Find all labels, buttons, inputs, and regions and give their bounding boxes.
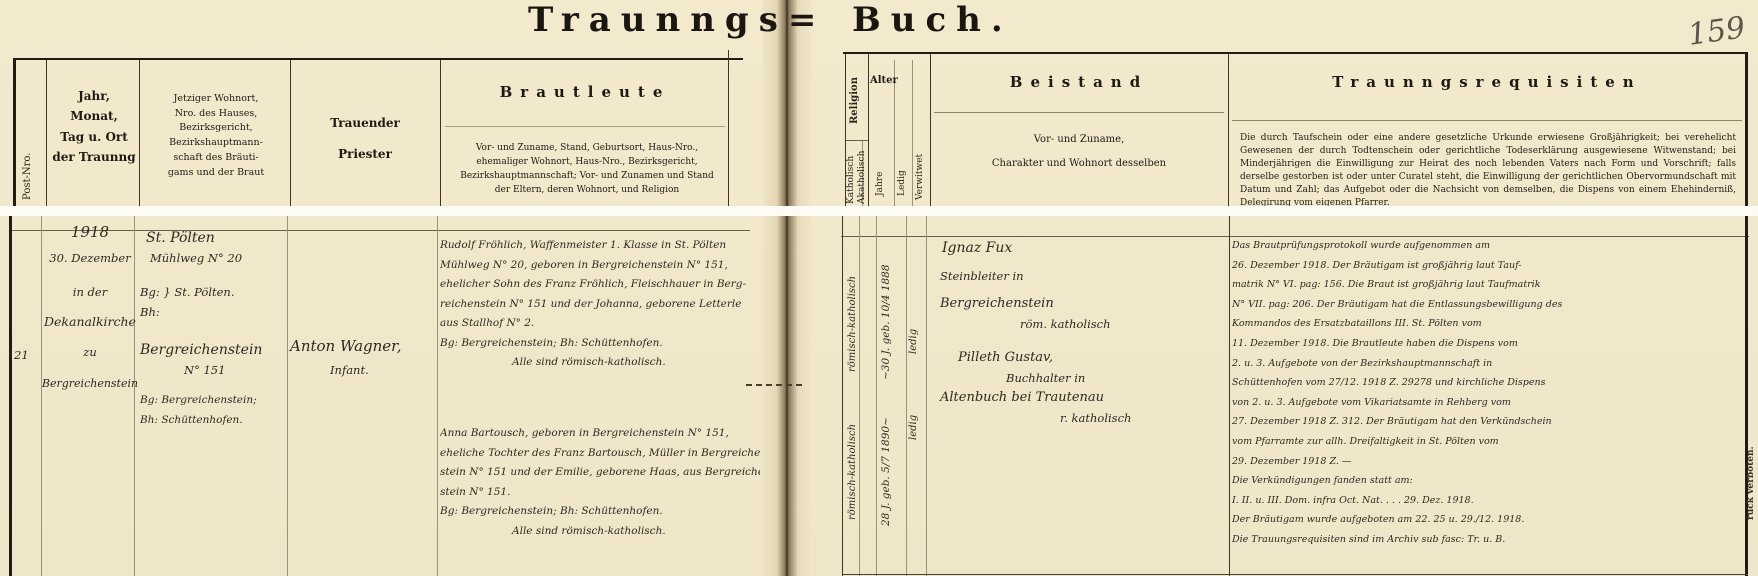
right-header-top-rule — [843, 52, 1748, 54]
col-divider — [290, 60, 291, 206]
right-outer-border — [1745, 52, 1748, 206]
groom-line: aus Stallhof N° 2. — [440, 314, 760, 334]
groom-line: ehelicher Sohn des Franz Fröhlich, Fleis… — [440, 275, 760, 295]
entry-line: in der — [40, 282, 140, 302]
entry-date-place: 1918 30. Dezember in der Dekanalkirche z… — [40, 222, 140, 394]
groom-line: Bg: Bergreichenstein; Bh: Schüttenhofen. — [440, 334, 760, 354]
requisite-line: vom Pfarramte zur allh. Dreifaltigkeit i… — [1232, 432, 1742, 452]
entry-residence: St. Pölten Mühlweg N° 20 Bg: } St. Pölte… — [140, 228, 286, 430]
witness-name: Pilleth Gustav, — [940, 348, 1226, 368]
requisite-line: Die Trauungsrequisiten sind im Archiv su… — [1232, 530, 1742, 550]
entry-status-groom: ledig — [904, 329, 924, 354]
witness-line: Steinbleiter in — [940, 266, 1226, 286]
header-line: Jahr, — [48, 86, 140, 106]
col-divider — [868, 54, 869, 206]
col-divider — [728, 50, 729, 206]
header-line: Bezirkshauptmann- — [142, 136, 290, 151]
entry-line: Bg: Bergreichenstein; — [140, 390, 286, 410]
col-divider — [930, 54, 931, 206]
entry-requisites: Das Brautprüfungsprotokoll wurde aufgeno… — [1232, 236, 1742, 550]
entry-bottom-rule — [843, 574, 1748, 575]
requisite-line: 2. u. 3. Aufgebote von der Bezirkshauptm… — [1232, 354, 1742, 374]
col-divider — [842, 216, 843, 576]
entry-religion-bride: römisch-katholisch — [843, 424, 863, 520]
header-religion: Religion — [849, 77, 860, 124]
header-widowed: Verwitwet — [915, 154, 925, 200]
header-residence: Jetziger Wohnort, Nro. des Hauses, Bezir… — [142, 92, 290, 180]
entry-priest: Anton Wagner, Infant. — [290, 336, 436, 380]
col-divider — [287, 216, 288, 576]
header-requisites-title: Traunngsrequisiten — [1232, 70, 1742, 96]
entry-outer-border-right — [1745, 216, 1748, 576]
left-header-top-rule — [13, 58, 743, 60]
entry-age-groom: ~30 J. geb. 10/4 1888 — [876, 264, 896, 380]
header-single: Ledig — [897, 170, 907, 196]
header-requisites-desc: Die durch Taufschein oder eine andere ge… — [1240, 132, 1736, 210]
entry-line: Mühlweg N° 20 — [140, 248, 286, 268]
entry-line: N° 151 — [140, 360, 286, 380]
entry-line: zu — [40, 342, 140, 362]
requisite-line: 11. Dezember 1918. Die Brautleute haben … — [1232, 334, 1742, 354]
requisite-line: N° VII. pag: 206. Der Bräutigam hat die … — [1232, 295, 1742, 315]
entry-outer-border — [9, 216, 12, 576]
left-outer-border — [13, 58, 16, 206]
entry-line: Bh: — [140, 302, 286, 322]
col-divider — [1228, 54, 1229, 206]
requisite-line: 29. Dezember 1918 Z. — — [1232, 452, 1742, 472]
header-couple-title: Brautleute — [445, 80, 725, 106]
witness-line: Altenbuch bei Trautenau — [940, 388, 1226, 408]
entry-line: St. Pölten — [140, 228, 286, 248]
col-divider — [906, 216, 907, 576]
header-line: Nro. des Hauses, — [142, 107, 290, 122]
col-divider — [1229, 216, 1230, 576]
requisite-line: I. II. u. III. Dom. infra Oct. Nat. . . … — [1232, 491, 1742, 511]
header-line: Bezirksgericht, — [142, 121, 290, 136]
header-line: Jetziger Wohnort, — [142, 92, 290, 107]
groom-religion: Alle sind römisch-katholisch. — [440, 353, 760, 373]
header-non-catholic: Akatholisch — [857, 151, 867, 204]
groom-line: Rudolf Fröhlich, Waffenmeister 1. Klasse… — [440, 236, 760, 256]
witness-line: Bergreichenstein — [940, 294, 1226, 314]
binding-stitch — [746, 384, 802, 390]
entry-church: Dekanalkirche — [40, 312, 140, 332]
priest-name: Anton Wagner, — [290, 336, 436, 356]
header-line: Priester — [292, 139, 438, 170]
witness-name: Ignaz Fux — [940, 238, 1226, 258]
register-title-right: Buch. — [852, 0, 1013, 40]
header-line: gams und der Braut — [142, 166, 290, 181]
entry-status-bride: ledig — [904, 415, 924, 440]
witness-header-rule — [934, 112, 1224, 113]
header-line: Tag u. Ort — [48, 127, 140, 147]
col-divider — [440, 60, 441, 206]
register-title-left: Traunngs= — [528, 0, 826, 40]
header-witness-title: Beistand — [934, 70, 1224, 96]
groom-line: reichenstein N° 151 und der Johanna, geb… — [440, 295, 760, 315]
col-divider — [46, 60, 47, 206]
image-seam — [0, 206, 1758, 216]
edge-note: ruck verboten. — [1746, 446, 1756, 520]
couple-header-rule — [445, 126, 725, 127]
header-line: Vor- und Zuname, — [934, 128, 1224, 152]
groom-line: Mühlweg N° 20, geboren in Bergreichenste… — [440, 256, 760, 276]
requisite-line: matrik N° VI. pag: 156. Die Braut ist gr… — [1232, 275, 1742, 295]
religion-rule — [846, 140, 868, 141]
entry-groom: Rudolf Fröhlich, Waffenmeister 1. Klasse… — [440, 236, 760, 373]
header-couple-desc: Vor- und Zuname, Stand, Geburtsort, Haus… — [452, 142, 722, 198]
entry-witnesses: Ignaz Fux Steinbleiter in Bergreichenste… — [940, 238, 1226, 428]
header-line: schaft des Bräuti- — [142, 151, 290, 166]
requisite-line: Der Bräutigam wurde aufgeboten am 22. 25… — [1232, 510, 1742, 530]
entry-post-nr: 21 — [14, 345, 29, 365]
requisite-line: 27. Dezember 1918 Z. 312. Der Bräutigam … — [1232, 412, 1742, 432]
header-line: der Traunng — [48, 147, 140, 167]
priest-title: Infant. — [290, 360, 436, 380]
requisite-line: 26. Dezember 1918. Der Bräutigam ist gro… — [1232, 256, 1742, 276]
entry-place: Bergreichenstein — [40, 374, 140, 394]
requisite-line: Die Verkündigungen fanden statt am: — [1232, 471, 1742, 491]
header-witness-desc: Vor- und Zuname, Charakter und Wohnort d… — [934, 128, 1224, 176]
requisite-line: von 2. u. 3. Aufgebote vom Vikariatsamte… — [1232, 393, 1742, 413]
header-line: Monat, — [48, 106, 140, 126]
requisites-header-rule — [1232, 120, 1742, 121]
bride-religion: Alle sind römisch-katholisch. — [440, 522, 760, 542]
header-date-place: Jahr, Monat, Tag u. Ort der Traunng — [48, 86, 140, 168]
requisite-line: Kommandos des Ersatzbataillons III. St. … — [1232, 314, 1742, 334]
bride-line: stein N° 151. — [440, 483, 760, 503]
header-line: Trauender — [292, 108, 438, 139]
header-age: Alter — [870, 72, 894, 89]
header-years: Jahre — [875, 172, 885, 196]
header-post-nr: Post-Nro. — [22, 153, 33, 200]
bride-line: Bg: Bergreichenstein; Bh: Schüttenhofen. — [440, 502, 760, 522]
entry-line: Bh: Schüttenhofen. — [140, 410, 286, 430]
header-priest: Trauender Priester — [292, 108, 438, 170]
entry-date: 30. Dezember — [40, 248, 140, 268]
entry-bride: Anna Bartousch, geboren in Bergreichenst… — [440, 424, 760, 541]
header-line: Charakter und Wohnort desselben — [934, 152, 1224, 176]
header-catholic: Katholisch — [846, 156, 856, 204]
col-divider — [926, 216, 927, 576]
witness-line: röm. katholisch — [940, 314, 1226, 334]
col-divider — [912, 60, 913, 206]
witness-line: r. katholisch — [940, 408, 1226, 428]
requisite-line: Schüttenhofen vom 27/12. 1918 Z. 29278 u… — [1232, 373, 1742, 393]
bride-line: stein N° 151 und der Emilie, geborene Ha… — [440, 463, 760, 483]
bride-line: eheliche Tochter des Franz Bartousch, Mü… — [440, 444, 760, 464]
entry-religion-groom: römisch-katholisch — [843, 276, 863, 372]
col-divider — [437, 216, 438, 576]
entry-line: Bergreichenstein — [140, 340, 286, 360]
col-divider — [859, 216, 860, 576]
entry-age-bride: 28 J. geb. 5/7 1890~ — [876, 417, 896, 526]
requisite-line: Das Brautprüfungsprotokoll wurde aufgeno… — [1232, 236, 1742, 256]
entry-year: 1918 — [40, 222, 140, 242]
bride-line: Anna Bartousch, geboren in Bergreichenst… — [440, 424, 760, 444]
witness-line: Buchhalter in — [940, 368, 1226, 388]
book-gutter — [762, 0, 812, 576]
entry-line: Bg: } St. Pölten. — [140, 282, 286, 302]
